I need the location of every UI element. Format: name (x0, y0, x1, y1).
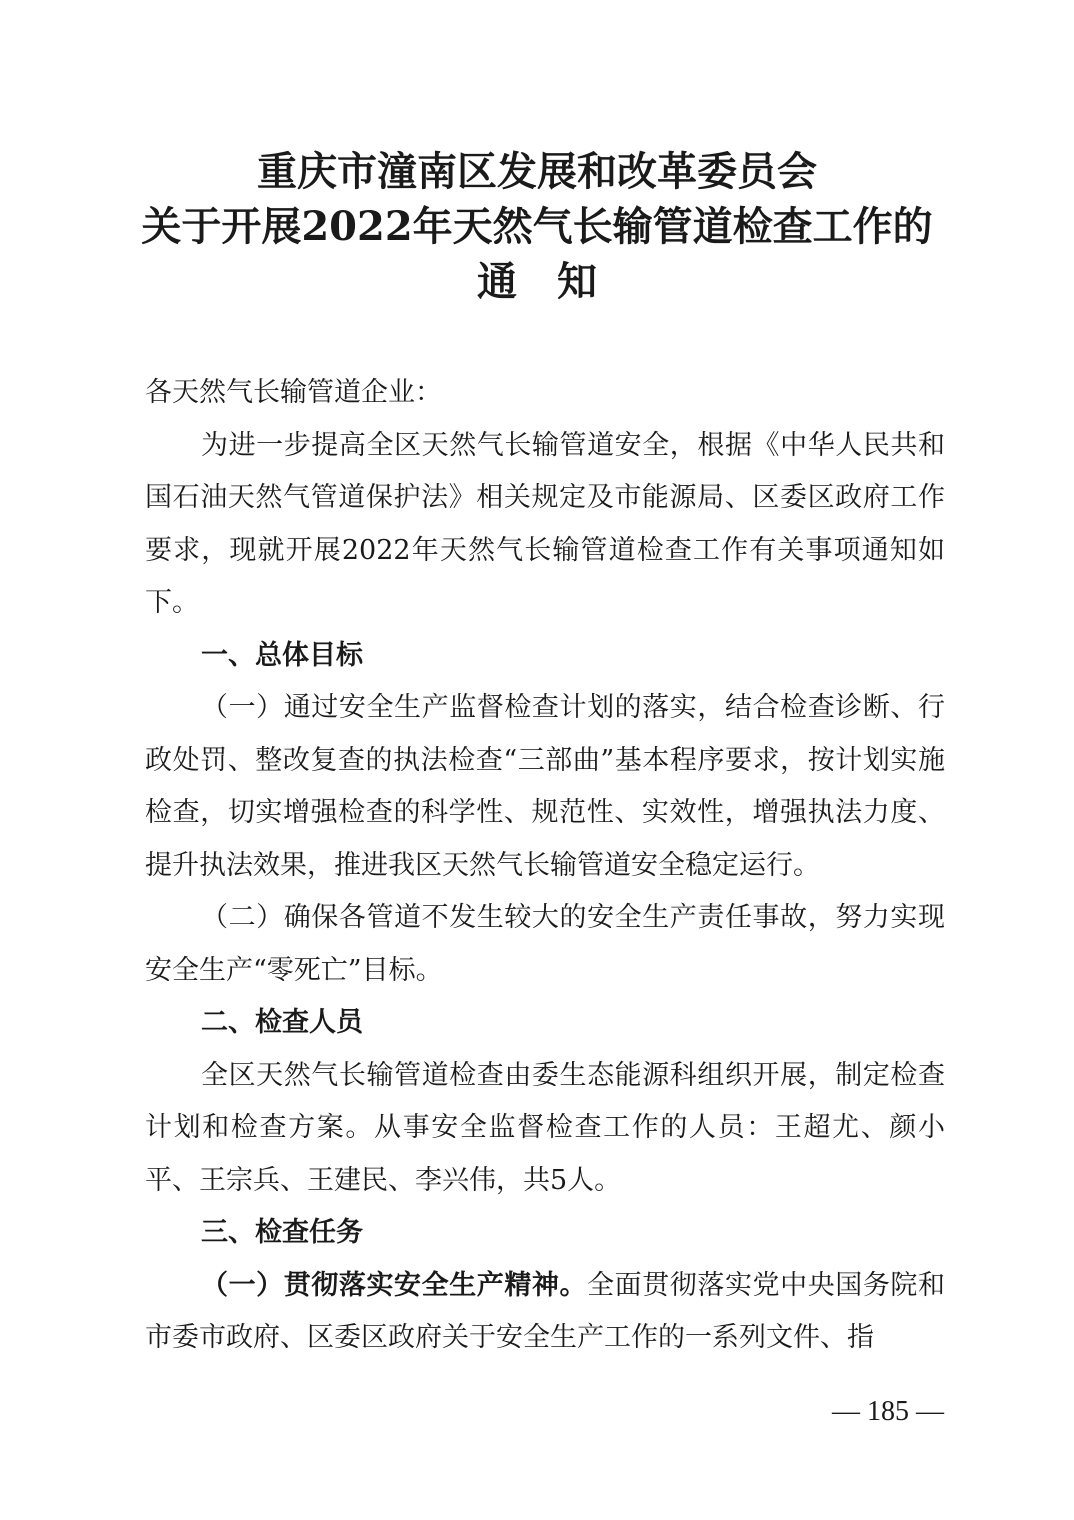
section-heading-2: 二、检查人员 (145, 997, 945, 1050)
document-page: 重庆市潼南区发展和改革委员会 关于开展2022年天然气长输管道检查工作的 通知 … (0, 0, 1074, 1520)
section-heading-3: 三、检查任务 (145, 1207, 945, 1260)
section-1-paragraph-1: （一）通过安全生产监督检查计划的落实，结合检查诊断、行政处罚、整改复查的执法检查… (145, 682, 945, 892)
title-line-1: 重庆市潼南区发展和改革委员会 (0, 143, 1074, 201)
title-line-3: 通知 (0, 253, 1074, 311)
section-3-item-1: （一）贯彻落实安全生产精神。全面贯彻落实党中央国务院和市委市政府、区委区政府关于… (145, 1260, 945, 1365)
section-2-paragraph-1: 全区天然气长输管道检查由委生态能源科组织开展，制定检查计划和检查方案。从事安全监… (145, 1050, 945, 1208)
section-1-paragraph-2: （二）确保各管道不发生较大的安全生产责任事故，努力实现安全生产“零死亡”目标。 (145, 892, 945, 997)
salutation: 各天然气长输管道企业： (145, 367, 945, 420)
page-number: — 185 — (832, 1396, 944, 1428)
intro-paragraph: 为进一步提高全区天然气长输管道安全，根据《中华人民共和国石油天然气管道保护法》相… (145, 420, 945, 630)
item-1-title: （一）贯彻落实安全生产精神。 (201, 1270, 587, 1301)
section-heading-1: 一、总体目标 (145, 630, 945, 683)
title-line-2: 关于开展2022年天然气长输管道检查工作的 (0, 198, 1074, 256)
document-body: 各天然气长输管道企业： 为进一步提高全区天然气长输管道安全，根据《中华人民共和国… (145, 367, 945, 1365)
